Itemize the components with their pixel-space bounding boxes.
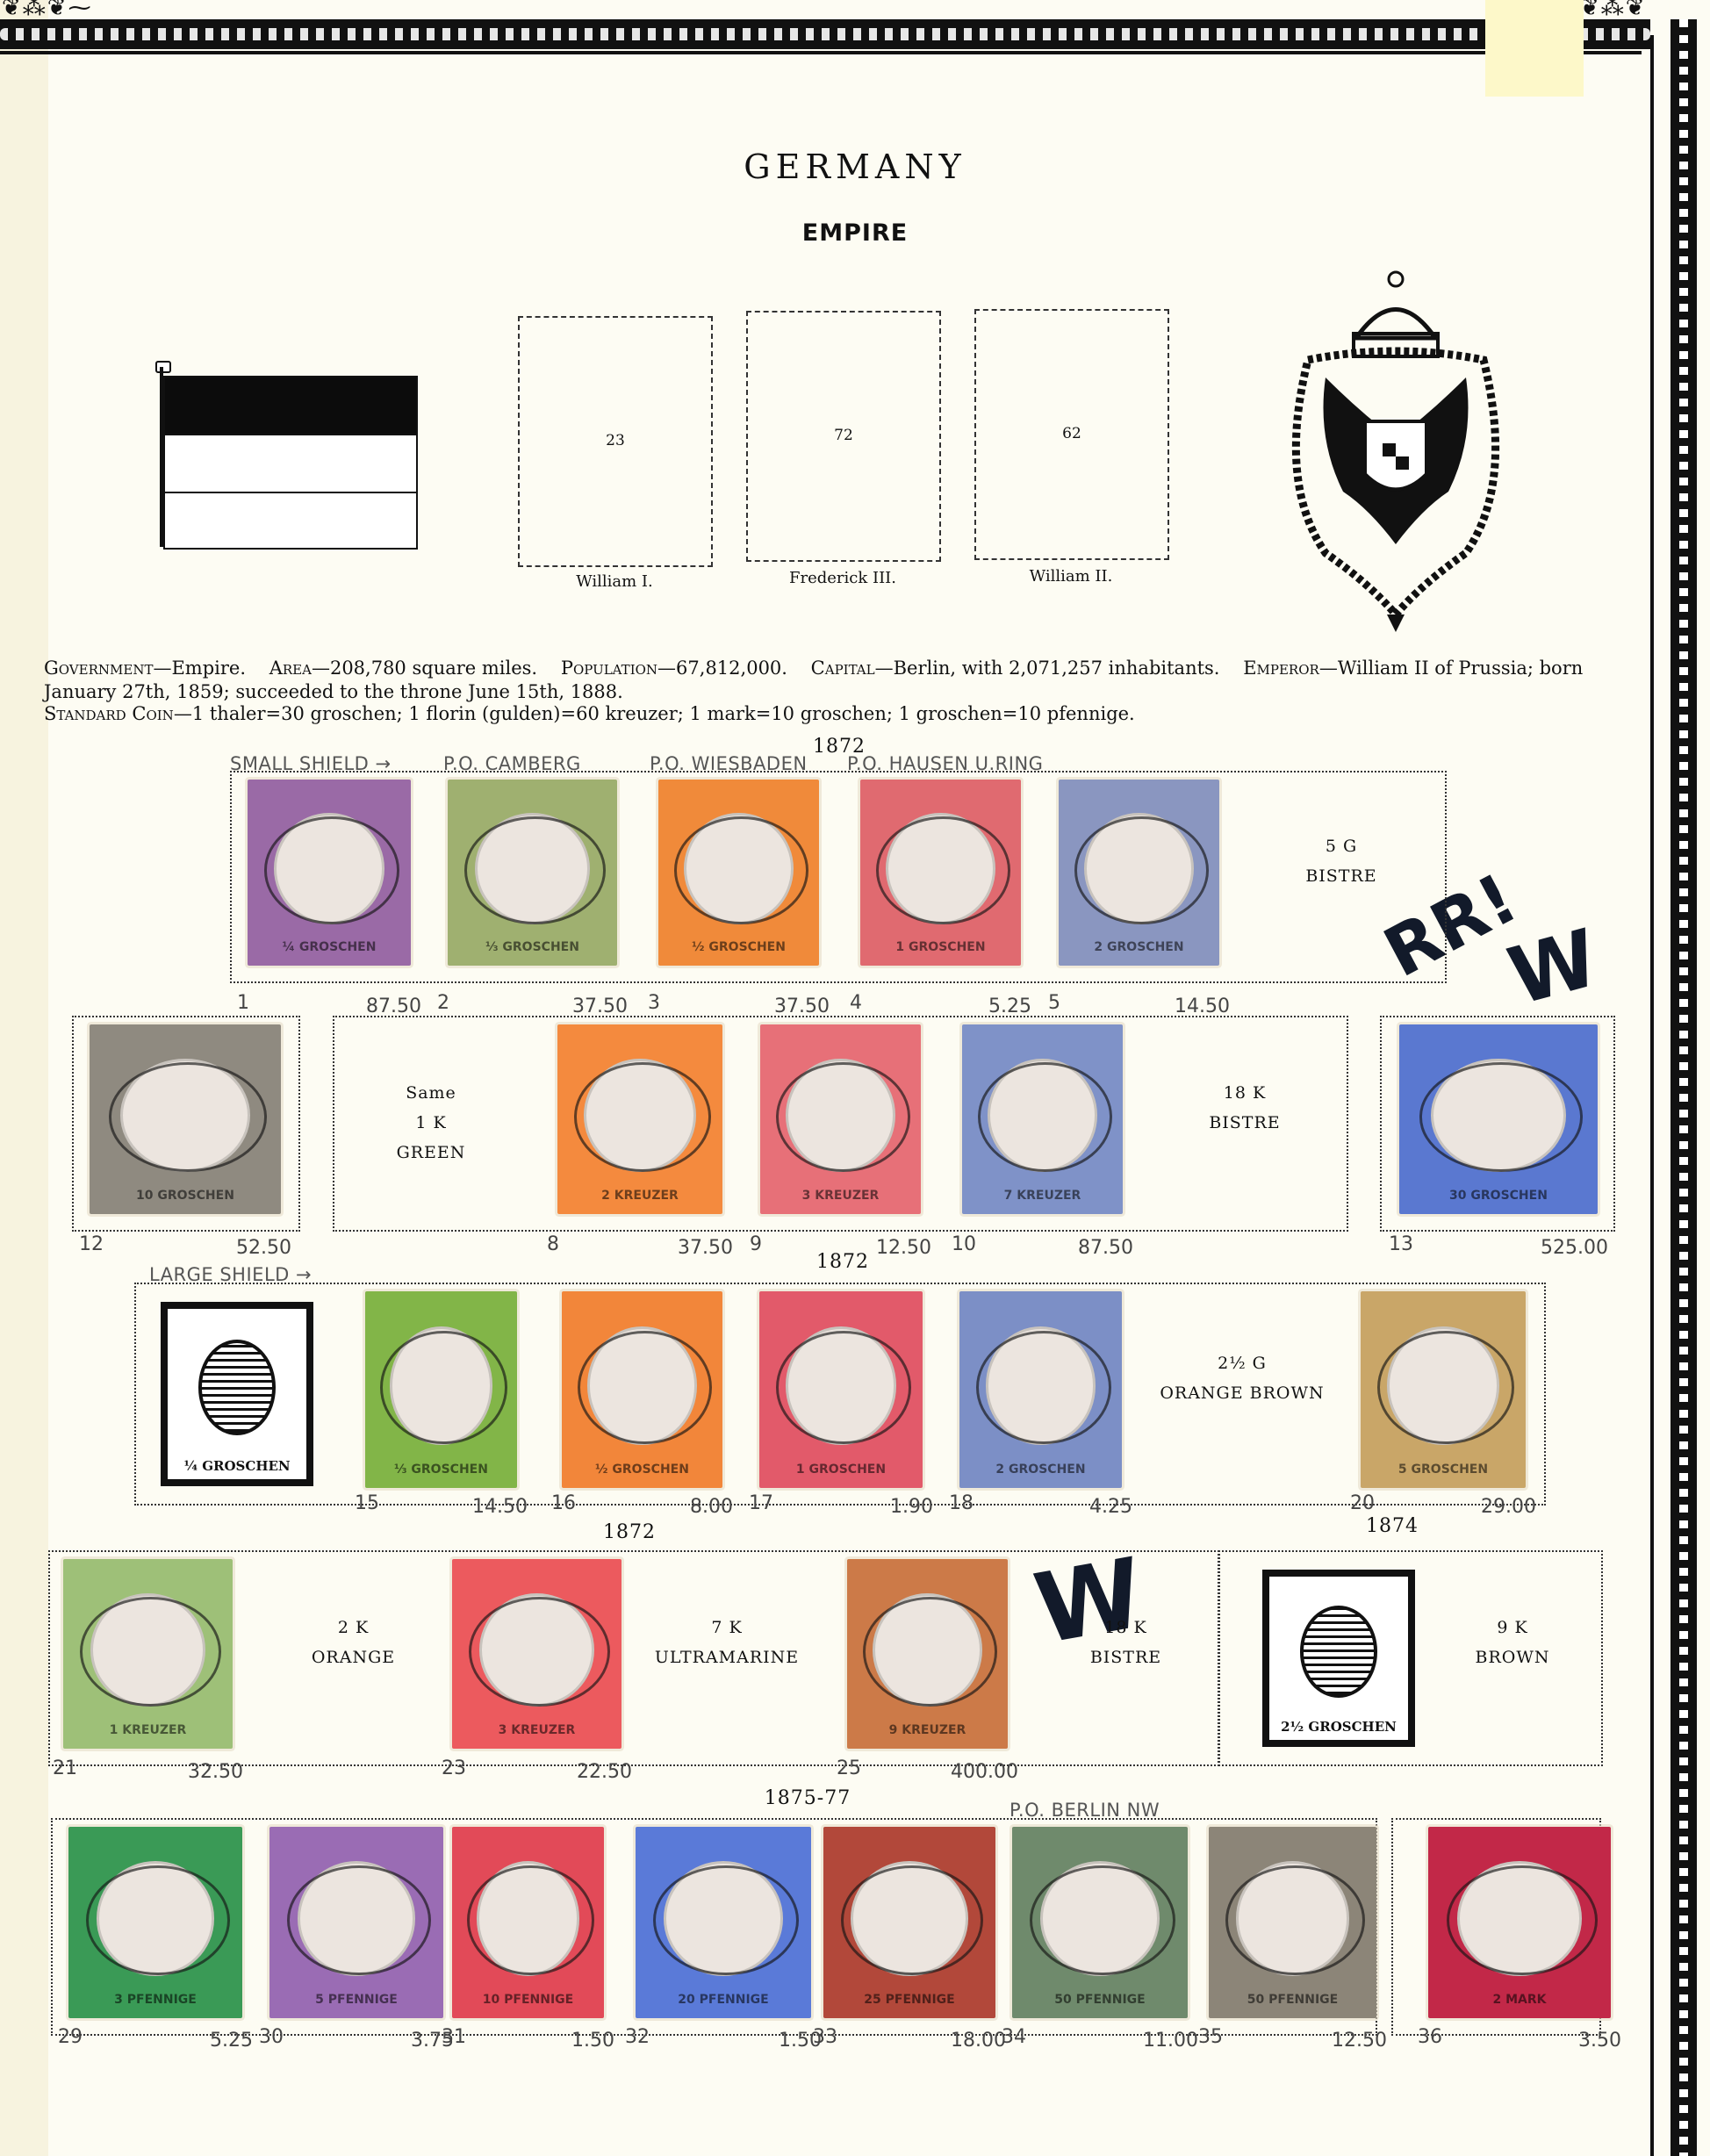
- postage-stamp[interactable]: ¼ GROSCHEN: [248, 780, 411, 966]
- stamp-denomination: 30 GROSCHEN: [1399, 1189, 1598, 1203]
- portrait-caption: Frederick III.: [729, 569, 957, 587]
- catalog-value: 37.50: [654, 1237, 733, 1259]
- postmark-cancel: [976, 1331, 1111, 1444]
- catalog-number: 36: [1418, 2026, 1442, 2048]
- stamp-denomination: 5 PFENNIGE: [269, 1993, 443, 2007]
- empty-stamp-space: Same1 KGREEN: [334, 1016, 528, 1228]
- catalog-value: 12.50: [852, 1237, 931, 1259]
- postage-stamp[interactable]: ½ GROSCHEN: [562, 1291, 722, 1488]
- catalog-number: 17: [749, 1492, 773, 1514]
- value-standard-coin: —1 thaler=30 groschen; 1 florin (gulden)…: [174, 703, 1135, 724]
- catalog-number: 12: [79, 1233, 104, 1255]
- section-year: 1875-77: [720, 1787, 895, 1809]
- space-description-line: Same: [334, 1078, 528, 1108]
- page-title: GERMANY: [0, 147, 1710, 186]
- german-empire-flag-icon: [163, 376, 418, 550]
- space-description-line: BISTRE: [1145, 1108, 1345, 1138]
- stamp-slot[interactable]: ⅓ GROSCHEN: [439, 771, 628, 980]
- stamp-denomination: 2 GROSCHEN: [959, 1462, 1122, 1477]
- postmark-cancel: [287, 1865, 431, 1976]
- postmark-cancel: [80, 1597, 220, 1707]
- postage-stamp[interactable]: 3 KREUZER: [452, 1559, 621, 1749]
- space-description-line: ORANGE: [263, 1642, 443, 1672]
- postmark-cancel: [1225, 1865, 1365, 1976]
- postage-stamp[interactable]: 2 GROSCHEN: [959, 1291, 1122, 1488]
- empty-stamp-space: 9 KBROWN: [1429, 1550, 1596, 1763]
- catalog-number: 35: [1198, 2026, 1223, 2048]
- space-description-line: ULTRAMARINE: [630, 1642, 823, 1672]
- postage-stamp[interactable]: ⅓ GROSCHEN: [448, 780, 617, 966]
- stamp-slot[interactable]: 2 GROSCHEN: [1050, 771, 1230, 980]
- stamp-denomination: 3 PFENNIGE: [68, 1993, 242, 2007]
- catalog-value: 3.50: [1542, 2030, 1621, 2052]
- corner-ornament-right: ❦⁂❦: [1580, 0, 1647, 21]
- catalog-value: 87.50: [1054, 1237, 1133, 1259]
- catalog-value: 400.00: [939, 1761, 1018, 1783]
- empty-stamp-space: 7 KULTRAMARINE: [630, 1550, 823, 1763]
- stamp-denomination: 10 PFENNIGE: [452, 1993, 604, 2007]
- postage-stamp[interactable]: 2 MARK: [1428, 1827, 1611, 2018]
- space-description-line: 7 K: [630, 1613, 823, 1642]
- page-border-right: [1670, 19, 1697, 2156]
- catalog-value: 14.50: [449, 1496, 528, 1518]
- catalog-number: 32: [625, 2026, 650, 2048]
- catalog-value: 12.50: [1308, 2030, 1387, 2052]
- catalog-number: 2: [437, 992, 449, 1014]
- catalog-number: 23: [442, 1757, 466, 1779]
- catalog-value: 5.25: [174, 2030, 253, 2052]
- postmark-cancel: [469, 1597, 609, 1707]
- stamp-slot[interactable]: 3 KREUZER: [751, 1016, 931, 1228]
- catalog-number: 31: [442, 2026, 466, 2048]
- catalog-value: 18.00: [927, 2030, 1006, 2052]
- catalog-number: 13: [1389, 1233, 1413, 1255]
- postmark-cancel: [876, 816, 1009, 924]
- space-description-line: 9 K: [1429, 1613, 1596, 1642]
- catalog-number: 1: [237, 992, 249, 1014]
- stamp-slot[interactable]: 50 PFENNIGE: [1003, 1818, 1198, 2032]
- catalog-number: 4: [850, 992, 862, 1014]
- space-description: 2½ GORANGE BROWN: [1143, 1348, 1341, 1408]
- stamp-slot[interactable]: ½ GROSCHEN: [650, 771, 830, 980]
- postage-stamp[interactable]: 2 GROSCHEN: [1059, 780, 1219, 966]
- catalog-value: 5.25: [952, 995, 1031, 1017]
- postmark-cancel: [841, 1865, 984, 1976]
- postmark-cancel: [467, 1865, 593, 1976]
- stamp-denomination: 3 KREUZER: [760, 1189, 921, 1203]
- stamp-slot[interactable]: 2 MARK: [1419, 1818, 1621, 2032]
- postmark-cancel: [86, 1865, 230, 1976]
- stamp-slot[interactable]: 30 GROSCHEN: [1390, 1016, 1608, 1228]
- label-emperor: Emperor: [1243, 658, 1319, 679]
- stamp-denomination: 1 GROSCHEN: [759, 1462, 923, 1477]
- catalog-value: 52.50: [212, 1237, 291, 1259]
- postmark-cancel: [1074, 816, 1208, 924]
- catalog-number: 34: [1002, 2026, 1026, 2048]
- catalog-value: 11.00: [1119, 2030, 1198, 2052]
- page-subtitle: EMPIRE: [0, 219, 1710, 247]
- label-area: Area: [269, 658, 312, 679]
- stamp-slot[interactable]: 3 PFENNIGE: [60, 1818, 253, 2032]
- space-description-line: 5 G: [1240, 831, 1442, 861]
- stamp-denomination: 25 PFENNIGE: [823, 1993, 995, 2007]
- flagpole-finial: [155, 361, 171, 373]
- catalog-value: 29.00: [1457, 1496, 1536, 1518]
- postage-stamp[interactable]: 7 KREUZER: [962, 1024, 1123, 1214]
- catalog-value: 22.50: [553, 1761, 632, 1783]
- stamp-denomination: 7 KREUZER: [962, 1189, 1123, 1203]
- catalog-value: 4.25: [1053, 1496, 1132, 1518]
- empty-stamp-space: 5 GBISTRE: [1240, 771, 1442, 980]
- stamp-denomination: 3 KREUZER: [452, 1723, 621, 1737]
- postmark-cancel: [1447, 1865, 1598, 1976]
- space-description: 9 KBROWN: [1429, 1613, 1596, 1672]
- empty-stamp-space: 18 KBISTRE: [1145, 1016, 1345, 1228]
- postmark-cancel: [653, 1865, 799, 1976]
- corner-ornament-left: ❦⁂❦⁓: [2, 0, 93, 21]
- catalog-value: 525.00: [1529, 1237, 1608, 1259]
- space-description-line: 18 K: [1036, 1613, 1216, 1642]
- space-description-line: GREEN: [334, 1138, 528, 1168]
- postmark-cancel: [776, 1062, 909, 1172]
- catalog-number: 29: [58, 2026, 83, 2048]
- value-capital: —Berlin, with 2,071,257 inhabitants.: [875, 658, 1220, 679]
- country-info: Government—Empire. Area—208,780 square m…: [44, 657, 1642, 704]
- postmark-cancel: [674, 816, 808, 924]
- page-border-top-rule: [0, 51, 1642, 54]
- eagle-medallion-icon: [1300, 1606, 1378, 1697]
- catalog-number: 8: [547, 1233, 559, 1255]
- catalog-number: 15: [355, 1492, 379, 1514]
- portrait-number: 62: [976, 425, 1168, 442]
- stamp-slot[interactable]: ¼ GROSCHEN: [239, 771, 421, 980]
- postage-stamp[interactable]: 25 PFENNIGE: [823, 1827, 995, 2018]
- postmark-cancel: [1030, 1865, 1175, 1976]
- empty-stamp-space: 2½ GORANGE BROWN: [1143, 1283, 1341, 1502]
- stamp-slot[interactable]: 10 PFENNIGE: [443, 1818, 614, 2032]
- postmark-cancel: [1377, 1331, 1514, 1444]
- catalog-value: 8.00: [654, 1496, 733, 1518]
- stamp-denomination: 50 PFENNIGE: [1209, 1993, 1376, 2007]
- catalog-value: 87.50: [342, 995, 421, 1017]
- catalog-number: 5: [1048, 992, 1060, 1014]
- stamp-denomination: 2½ GROSCHEN: [1269, 1719, 1408, 1735]
- stamp-slot[interactable]: 2 GROSCHEN: [951, 1283, 1132, 1502]
- postage-stamp[interactable]: 3 PFENNIGE: [68, 1827, 242, 2018]
- sticky-note: [1485, 0, 1584, 97]
- catalog-number: 3: [648, 992, 660, 1014]
- catalog-value: 1.50: [743, 2030, 822, 2052]
- section-year: 1874: [1304, 1515, 1480, 1537]
- postage-stamp[interactable]: 5 PFENNIGE: [269, 1827, 443, 2018]
- stamp-slot[interactable]: 50 PFENNIGE: [1200, 1818, 1387, 2032]
- stamp-denomination: ¼ GROSCHEN: [248, 940, 411, 954]
- portrait-number: 23: [520, 432, 711, 449]
- stamp-slot[interactable]: 9 KREUZER: [838, 1550, 1018, 1763]
- space-description: 18 KBISTRE: [1145, 1078, 1345, 1138]
- postage-stamp[interactable]: 2 KREUZER: [557, 1024, 722, 1214]
- space-description-line: BISTRE: [1036, 1642, 1216, 1672]
- postage-stamp[interactable]: 10 PFENNIGE: [452, 1827, 604, 2018]
- stamp-slot[interactable]: 1 KREUZER: [54, 1550, 243, 1763]
- stamp-denomination: ½ GROSCHEN: [658, 940, 819, 954]
- catalog-value: 1.50: [535, 2030, 614, 2052]
- postage-stamp[interactable]: 20 PFENNIGE: [636, 1827, 811, 2018]
- space-description: 2 KORANGE: [263, 1613, 443, 1672]
- stamp-slot[interactable]: 3 KREUZER: [443, 1550, 632, 1763]
- stamp-denomination: 1 KREUZER: [63, 1723, 233, 1737]
- postmark-cancel: [978, 1062, 1111, 1172]
- stamp-slot[interactable]: 10 GROSCHEN: [81, 1016, 291, 1228]
- portrait-frame-william-ii: 62: [974, 309, 1169, 560]
- space-description: 18 KBISTRE: [1036, 1613, 1216, 1672]
- value-population: —67,812,000.: [657, 658, 787, 679]
- stamp-denomination: 2 MARK: [1428, 1993, 1611, 2007]
- stamp-denomination: 2 KREUZER: [557, 1189, 722, 1203]
- stamp-denomination: ⅓ GROSCHEN: [365, 1462, 517, 1477]
- imperial-coat-of-arms-icon: [1273, 263, 1519, 632]
- postmark-cancel: [1419, 1062, 1584, 1172]
- catalog-value: 37.50: [751, 995, 830, 1017]
- value-government: —Empire.: [153, 658, 246, 679]
- postage-stamp[interactable]: ½ GROSCHEN: [658, 780, 819, 966]
- postage-stamp[interactable]: 1 GROSCHEN: [860, 780, 1021, 966]
- catalog-number: 21: [53, 1757, 77, 1779]
- catalog-number: 33: [813, 2026, 837, 2048]
- page-margin: [0, 0, 48, 2156]
- label-capital: Capital: [811, 658, 875, 679]
- postmark-cancel: [776, 1331, 912, 1444]
- portrait-frame-frederick-iii: 72: [746, 311, 941, 562]
- postage-stamp[interactable]: 5 GROSCHEN: [1361, 1291, 1526, 1488]
- stamp-denomination: ¼ GROSCHEN: [168, 1458, 306, 1474]
- stamp-illustration[interactable]: 2½ GROSCHEN: [1247, 1550, 1431, 1763]
- postage-stamp[interactable]: ⅓ GROSCHEN: [365, 1291, 517, 1488]
- portrait-caption: William I.: [500, 572, 729, 591]
- label-population: Population: [561, 658, 657, 679]
- postmark-cancel: [109, 1062, 267, 1172]
- postage-stamp[interactable]: 1 GROSCHEN: [759, 1291, 923, 1488]
- postage-stamp[interactable]: 10 GROSCHEN: [90, 1024, 281, 1214]
- stamp-denomination: 20 PFENNIGE: [636, 1993, 811, 2007]
- empty-stamp-space: 18 KBISTRE: [1036, 1550, 1216, 1763]
- catalog-number: 10: [952, 1233, 976, 1255]
- printed-stamp-illustration-icon: ¼ GROSCHEN: [161, 1302, 313, 1486]
- catalog-value: 37.50: [549, 995, 628, 1017]
- catalog-number: 30: [259, 2026, 284, 2048]
- printed-stamp-illustration-icon: 2½ GROSCHEN: [1262, 1570, 1415, 1747]
- postage-stamp[interactable]: 9 KREUZER: [847, 1559, 1008, 1749]
- space-description: 5 GBISTRE: [1240, 831, 1442, 891]
- space-description: Same1 KGREEN: [334, 1078, 528, 1168]
- stamp-slot[interactable]: 20 PFENNIGE: [627, 1818, 822, 2032]
- eagle-medallion-icon: [198, 1340, 277, 1435]
- portrait-caption: William II.: [957, 567, 1185, 586]
- stamp-denomination: 1 GROSCHEN: [860, 940, 1021, 954]
- stamp-denomination: 9 KREUZER: [847, 1723, 1008, 1737]
- space-description-line: 18 K: [1145, 1078, 1345, 1108]
- section-year: 1872: [542, 1521, 717, 1543]
- postmark-cancel: [863, 1597, 996, 1707]
- stamp-denomination: 5 GROSCHEN: [1361, 1462, 1526, 1477]
- postage-stamp[interactable]: 3 KREUZER: [760, 1024, 921, 1214]
- label-government: Government: [44, 658, 153, 679]
- page-border-right-rule: [1650, 35, 1654, 2156]
- portrait-frame-william-i: 23: [518, 316, 713, 567]
- label-standard-coin: Standard Coin: [44, 703, 174, 724]
- postmark-cancel: [578, 1331, 711, 1444]
- catalog-number: 16: [551, 1492, 576, 1514]
- postmark-cancel: [464, 816, 605, 924]
- stamp-denomination: 50 PFENNIGE: [1012, 1993, 1188, 2007]
- stamp-slot[interactable]: 1 GROSCHEN: [851, 771, 1031, 980]
- space-description-line: 2 K: [263, 1613, 443, 1642]
- stamp-slot[interactable]: ⅓ GROSCHEN: [356, 1283, 528, 1502]
- space-description-line: ORANGE BROWN: [1143, 1378, 1341, 1408]
- postage-stamp[interactable]: 30 GROSCHEN: [1399, 1024, 1598, 1214]
- page-border-top: [0, 19, 1650, 49]
- space-description: 7 KULTRAMARINE: [630, 1613, 823, 1672]
- catalog-value: 14.50: [1151, 995, 1230, 1017]
- portrait-number: 72: [748, 427, 939, 444]
- stamp-slot[interactable]: 25 PFENNIGE: [815, 1818, 1006, 2032]
- stamp-slot[interactable]: 7 KREUZER: [953, 1016, 1133, 1228]
- catalog-value: 32.50: [164, 1761, 243, 1783]
- postmark-cancel: [264, 816, 400, 924]
- stamp-denomination: 10 GROSCHEN: [90, 1189, 281, 1203]
- stamp-slot[interactable]: 1 GROSCHEN: [751, 1283, 933, 1502]
- postage-stamp[interactable]: 1 KREUZER: [63, 1559, 233, 1749]
- postmark-cancel: [574, 1062, 711, 1172]
- stamp-slot[interactable]: 5 GROSCHEN: [1352, 1283, 1536, 1502]
- stamp-denomination: ½ GROSCHEN: [562, 1462, 722, 1477]
- postmark-cancel: [380, 1331, 507, 1444]
- stamp-illustration[interactable]: ¼ GROSCHEN: [145, 1283, 329, 1502]
- stamp-denomination: 2 GROSCHEN: [1059, 940, 1219, 954]
- space-description-line: 2½ G: [1143, 1348, 1341, 1378]
- space-description-line: 1 K: [334, 1108, 528, 1138]
- catalog-number: 9: [750, 1233, 762, 1255]
- stamp-denomination: ⅓ GROSCHEN: [448, 940, 617, 954]
- stamp-slot[interactable]: 2 KREUZER: [549, 1016, 733, 1228]
- value-area: —208,780 square miles.: [312, 658, 537, 679]
- catalog-number: 25: [837, 1757, 861, 1779]
- stamp-slot[interactable]: 5 PFENNIGE: [261, 1818, 454, 2032]
- postage-stamp[interactable]: 50 PFENNIGE: [1209, 1827, 1376, 2018]
- stamp-slot[interactable]: ½ GROSCHEN: [553, 1283, 733, 1502]
- catalog-number: 18: [949, 1492, 974, 1514]
- catalog-number: 20: [1350, 1492, 1375, 1514]
- empty-stamp-space: 2 KORANGE: [263, 1550, 443, 1763]
- currency-info: Standard Coin—1 thaler=30 groschen; 1 fl…: [44, 702, 1642, 726]
- postage-stamp[interactable]: 50 PFENNIGE: [1012, 1827, 1188, 2018]
- space-description-line: BROWN: [1429, 1642, 1596, 1672]
- space-description-line: BISTRE: [1240, 861, 1442, 891]
- catalog-value: 1.90: [854, 1496, 933, 1518]
